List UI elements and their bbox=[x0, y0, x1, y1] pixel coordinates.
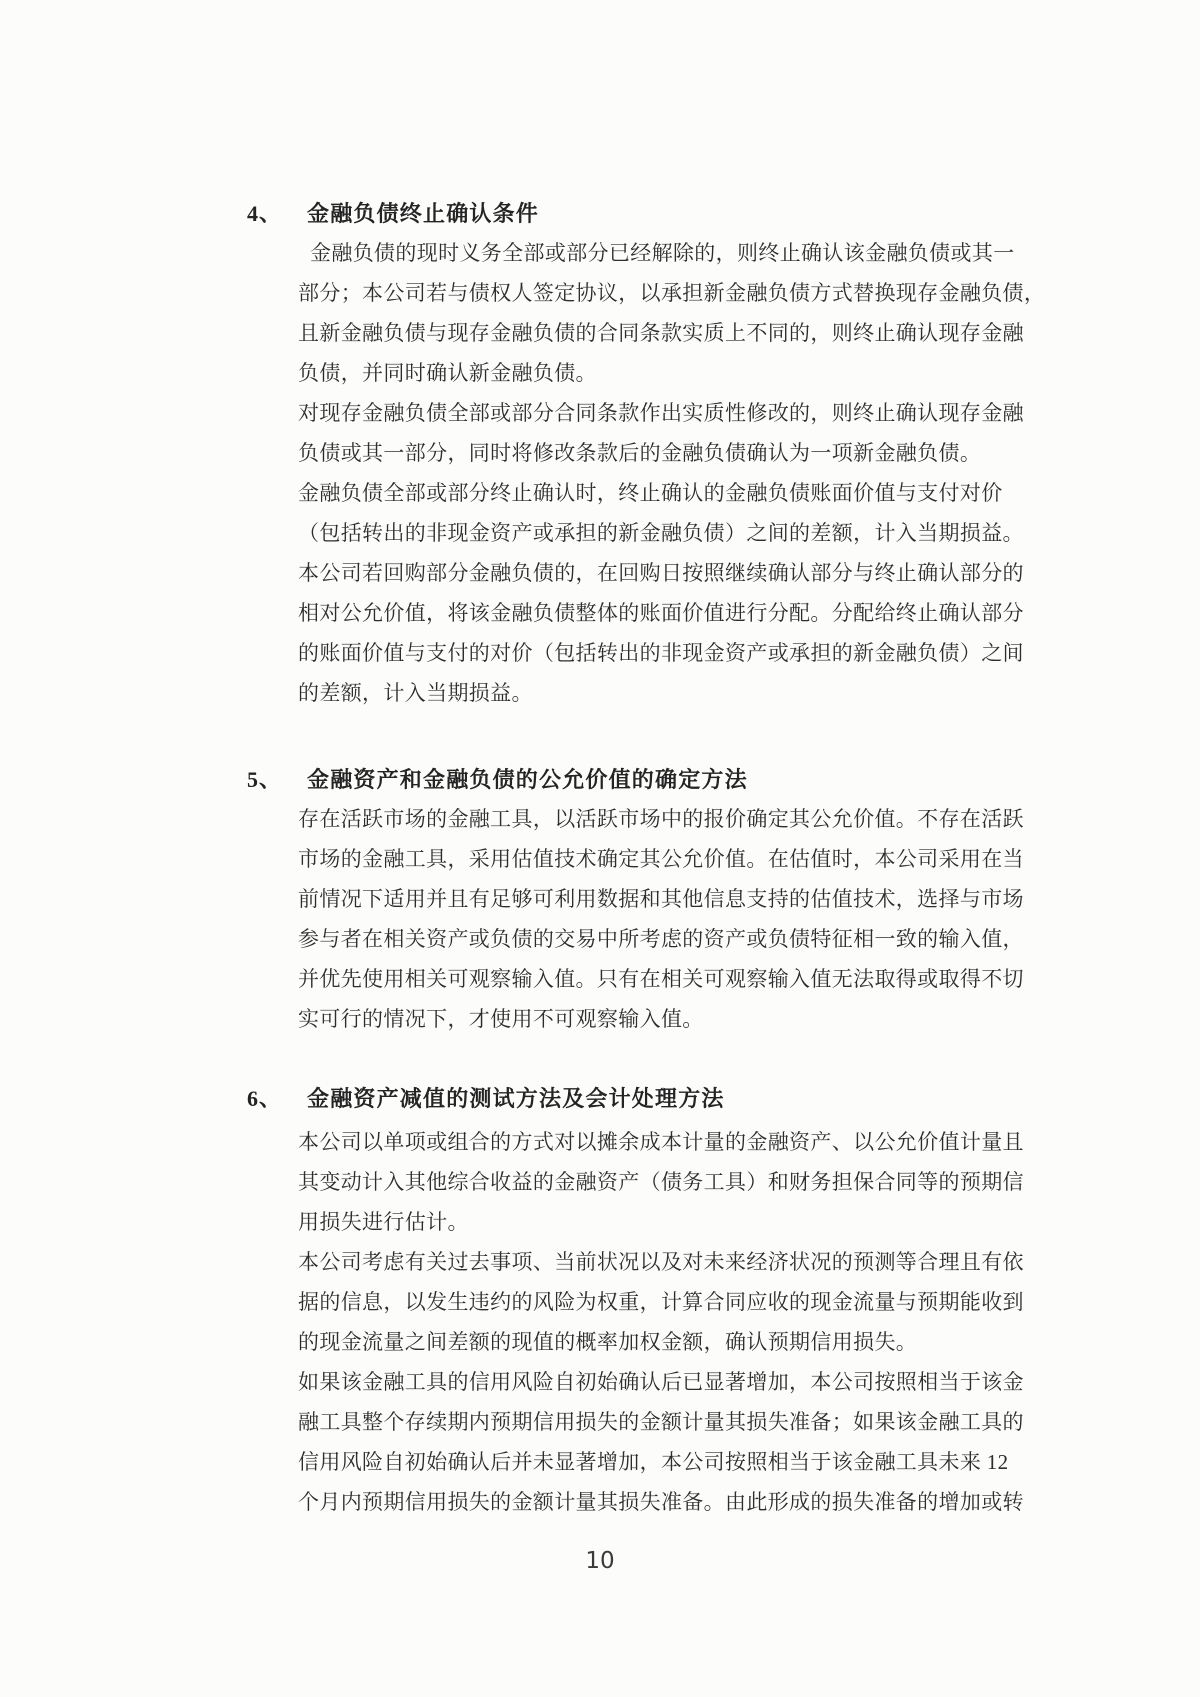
body-line: 金融负债的现时义务全部或部分已经解除的，则终止确认该金融负债或其一 bbox=[298, 233, 1024, 273]
section-6-heading: 6、金融资产减值的测试方法及会计处理方法 bbox=[247, 1084, 725, 1114]
section-6-number: 6、 bbox=[247, 1084, 307, 1114]
body-line: 的账面价值与支付的对价（包括转出的非现金资产或承担的新金融负债）之间 bbox=[298, 633, 1024, 673]
body-line: 并优先使用相关可观察输入值。只有在相关可观察输入值无法取得或取得不切 bbox=[298, 959, 1024, 999]
section-5-number: 5、 bbox=[247, 765, 307, 795]
section-6-title: 金融资产减值的测试方法及会计处理方法 bbox=[307, 1086, 725, 1111]
body-line: 存在活跃市场的金融工具，以活跃市场中的报价确定其公允价值。不存在活跃 bbox=[298, 799, 1024, 839]
body-line: 前情况下适用并且有足够可利用数据和其他信息支持的估值技术，选择与市场 bbox=[298, 879, 1024, 919]
body-line: 融工具整个存续期内预期信用损失的金额计量其损失准备；如果该金融工具的 bbox=[298, 1402, 1024, 1442]
section-5-body: 存在活跃市场的金融工具，以活跃市场中的报价确定其公允价值。不存在活跃 市场的金融… bbox=[298, 799, 1024, 1039]
body-line: 本公司考虑有关过去事项、当前状况以及对未来经济状况的预测等合理且有依 bbox=[298, 1242, 1024, 1282]
body-line: 负债，并同时确认新金融负债。 bbox=[298, 353, 1024, 393]
body-line: 信用风险自初始确认后并未显著增加，本公司按照相当于该金融工具未来 12 bbox=[298, 1442, 1024, 1482]
section-4-number: 4、 bbox=[247, 199, 307, 229]
section-4-body: 金融负债的现时义务全部或部分已经解除的，则终止确认该金融负债或其一 部分；本公司… bbox=[298, 233, 1024, 713]
body-line: 市场的金融工具，采用估值技术确定其公允价值。在估值时，本公司采用在当 bbox=[298, 839, 1024, 879]
body-line: 的差额，计入当期损益。 bbox=[298, 673, 1024, 713]
body-line: 金融负债全部或部分终止确认时，终止确认的金融负债账面价值与支付对价 bbox=[298, 473, 1024, 513]
section-6-body: 本公司以单项或组合的方式对以摊余成本计量的金融资产、以公允价值计量且 其变动计入… bbox=[298, 1122, 1024, 1522]
body-line: 负债或其一部分，同时将修改条款后的金融负债确认为一项新金融负债。 bbox=[298, 433, 1024, 473]
document-page: 4、金融负债终止确认条件 金融负债的现时义务全部或部分已经解除的，则终止确认该金… bbox=[0, 0, 1200, 1697]
body-line: 本公司若回购部分金融负债的，在回购日按照继续确认部分与终止确认部分的 bbox=[298, 553, 1024, 593]
body-line: 的现金流量之间差额的现值的概率加权金额，确认预期信用损失。 bbox=[298, 1322, 1024, 1362]
section-5-heading: 5、金融资产和金融负债的公允价值的确定方法 bbox=[247, 765, 748, 795]
body-line: 部分；本公司若与债权人签定协议，以承担新金融负债方式替换现存金融负债， bbox=[298, 273, 1024, 313]
body-line: 如果该金融工具的信用风险自初始确认后已显著增加，本公司按照相当于该金 bbox=[298, 1362, 1024, 1402]
body-line: 据的信息，以发生违约的风险为权重，计算合同应收的现金流量与预期能收到 bbox=[298, 1282, 1024, 1322]
body-line: 对现存金融负债全部或部分合同条款作出实质性修改的，则终止确认现存金融 bbox=[298, 393, 1024, 433]
body-line: 其变动计入其他综合收益的金融资产（债务工具）和财务担保合同等的预期信 bbox=[298, 1162, 1024, 1202]
body-line: 相对公允价值，将该金融负债整体的账面价值进行分配。分配给终止确认部分 bbox=[298, 593, 1024, 633]
body-line: 实可行的情况下，才使用不可观察输入值。 bbox=[298, 999, 1024, 1039]
body-line: 个月内预期信用损失的金额计量其损失准备。由此形成的损失准备的增加或转 bbox=[298, 1482, 1024, 1522]
section-5-title: 金融资产和金融负债的公允价值的确定方法 bbox=[307, 767, 748, 792]
body-line: 参与者在相关资产或负债的交易中所考虑的资产或负债特征相一致的输入值， bbox=[298, 919, 1024, 959]
body-line: 本公司以单项或组合的方式对以摊余成本计量的金融资产、以公允价值计量且 bbox=[298, 1122, 1024, 1162]
body-line: 且新金融负债与现存金融负债的合同条款实质上不同的，则终止确认现存金融 bbox=[298, 313, 1024, 353]
section-4-heading: 4、金融负债终止确认条件 bbox=[247, 199, 539, 229]
section-4-title: 金融负债终止确认条件 bbox=[307, 201, 539, 226]
body-line: 用损失进行估计。 bbox=[298, 1202, 1024, 1242]
page-number: 10 bbox=[0, 1548, 1200, 1574]
body-line: （包括转出的非现金资产或承担的新金融负债）之间的差额，计入当期损益。 bbox=[298, 513, 1024, 553]
